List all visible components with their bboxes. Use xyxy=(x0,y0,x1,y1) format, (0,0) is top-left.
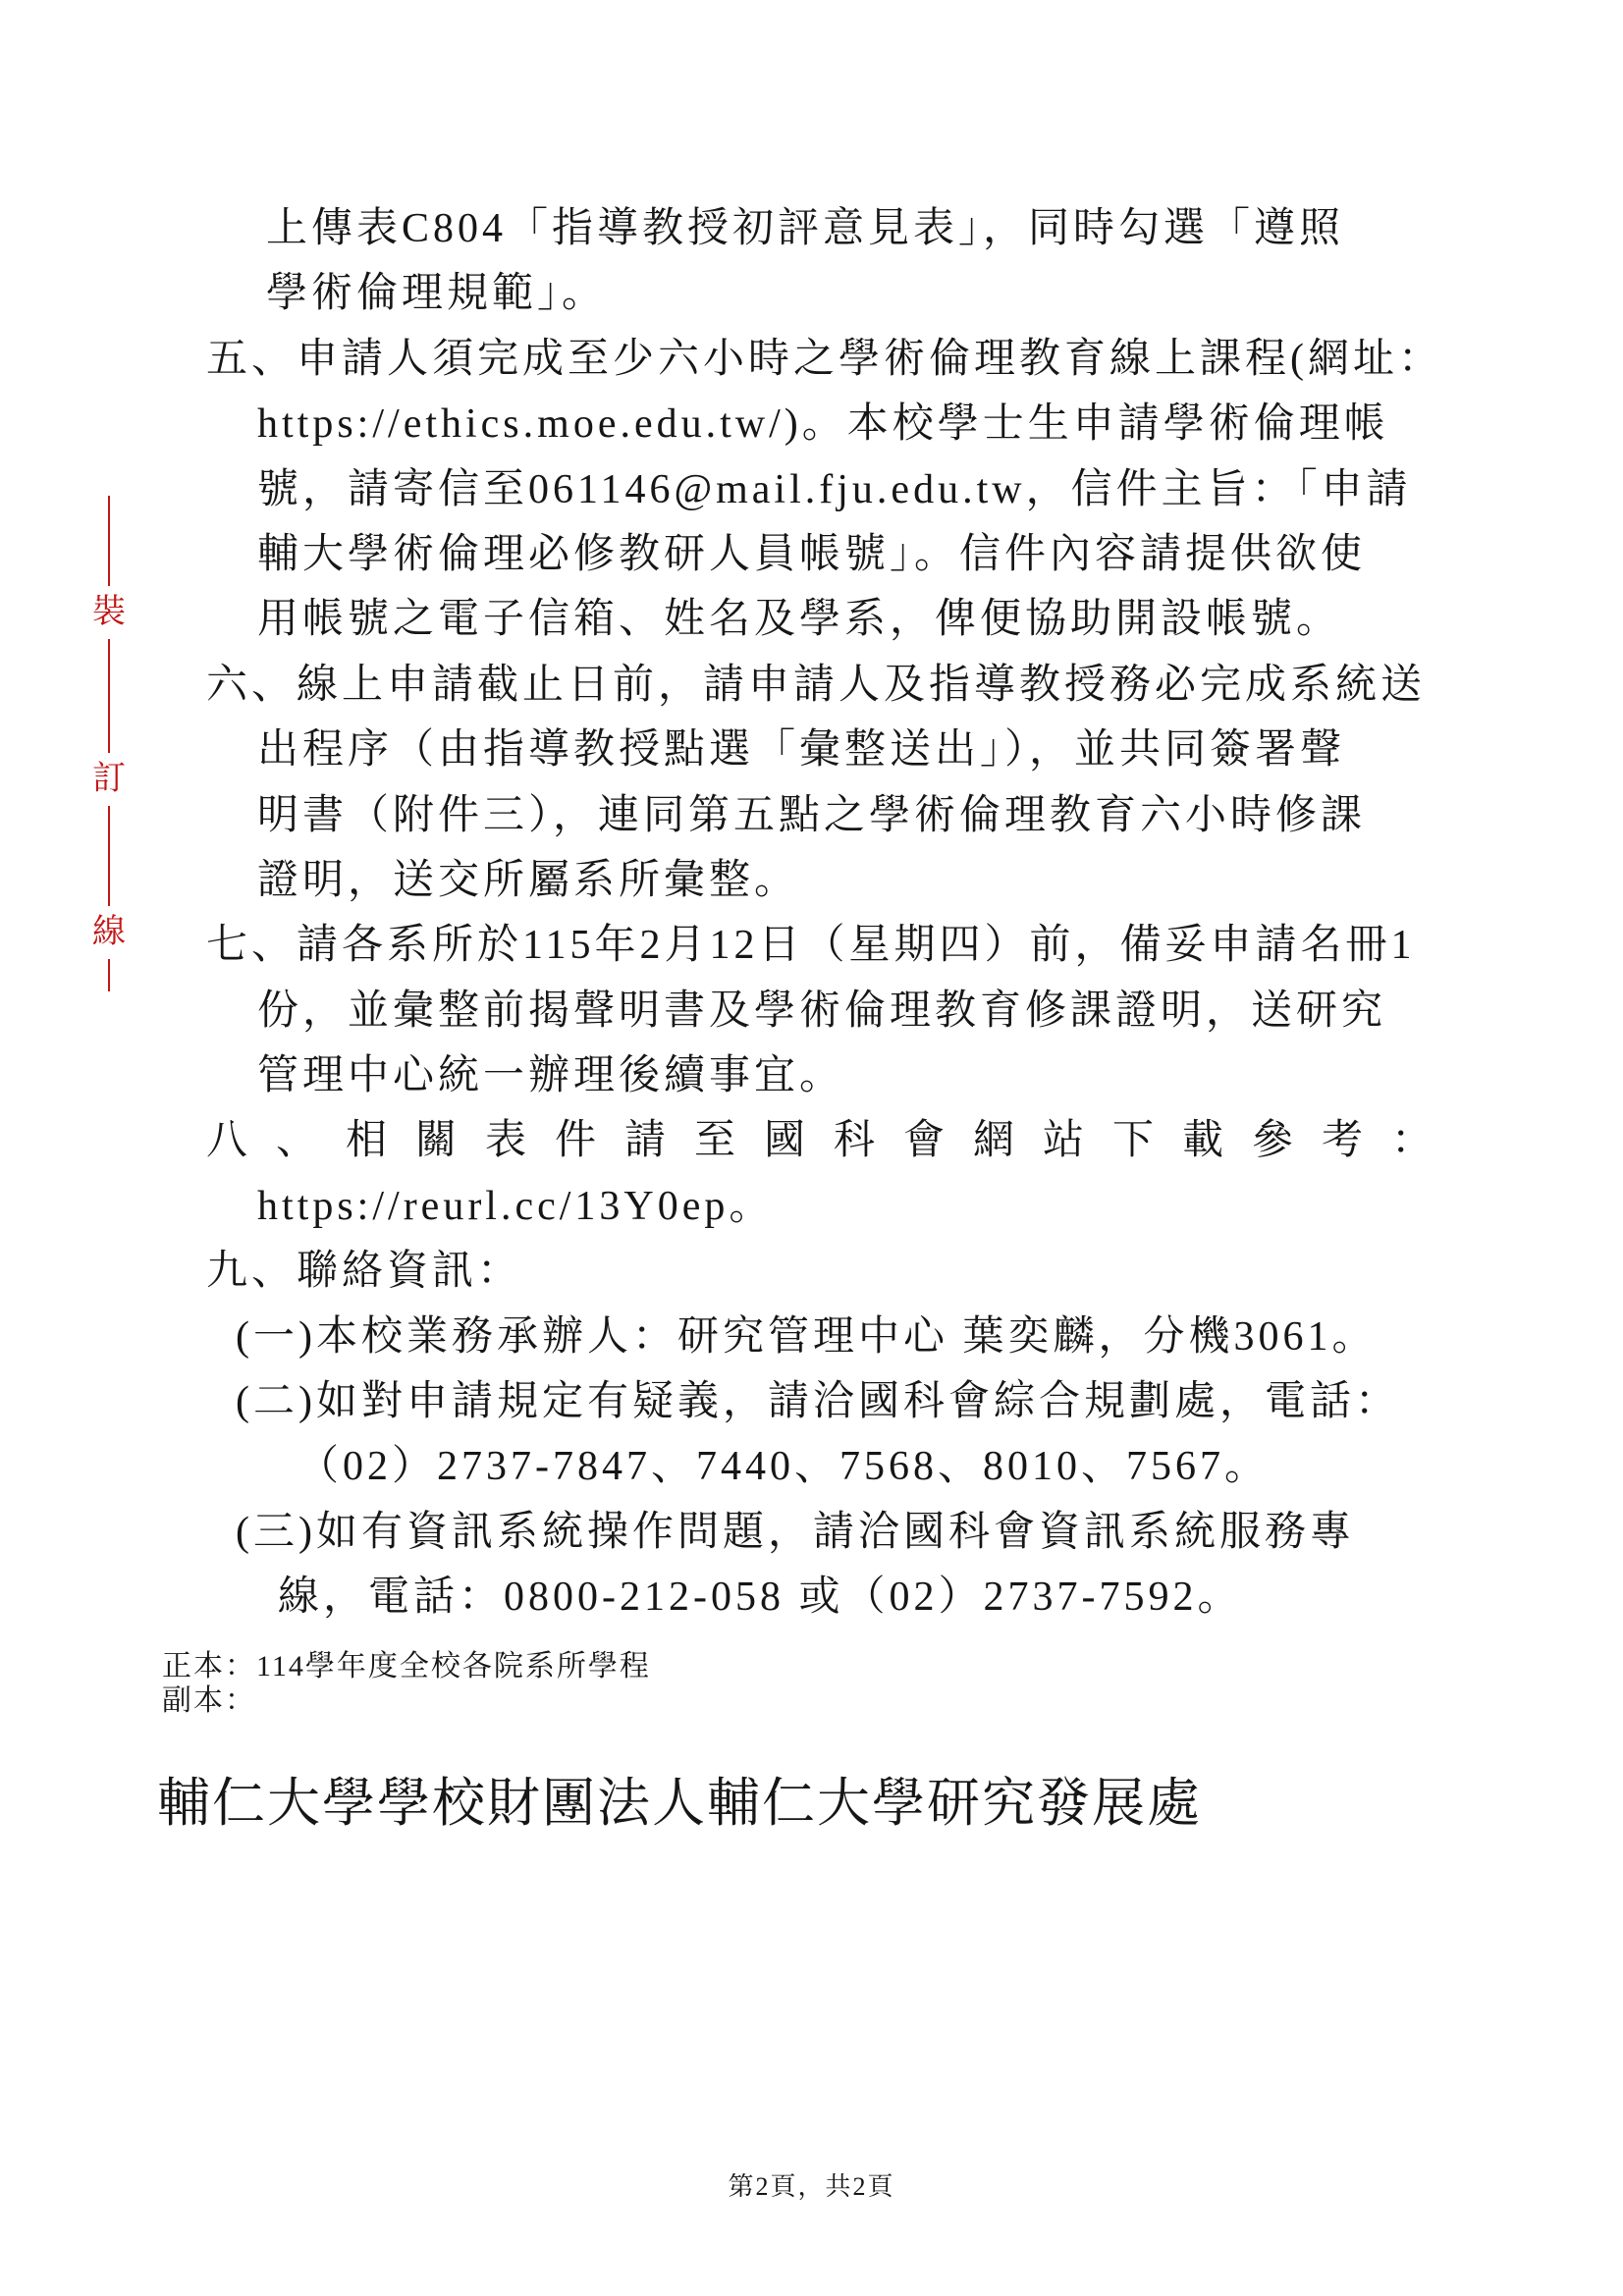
body-line: 明書（附件三），連同第五點之學術倫理教育六小時修課 xyxy=(206,783,1483,848)
body-line: 上傳表C804「指導教授初評意見表」，同時勾選「遵照 xyxy=(206,196,1483,261)
body-line-url-reurl: https://reurl.cc/13Y0ep。 xyxy=(206,1174,1483,1239)
issuer-title: 輔仁大學學校財團法人輔仁大學研究發展處 xyxy=(157,1773,1202,1834)
body-line-sub-1: (一)本校業務承辦人：研究管理中心 葉奕麟，分機3061。 xyxy=(206,1305,1483,1369)
body-line-sub-3: (三)如有資訊系統操作問題，請洽國科會資訊系統服務專 xyxy=(206,1500,1483,1565)
body-line: 管理中心統一辦理後續事宜。 xyxy=(206,1043,1483,1108)
distribution-original-line: 正本：114學年度全校各院系所學程 xyxy=(162,1649,651,1683)
body-line: 份，並彙整前揭聲明書及學術倫理教育修課證明，送研究 xyxy=(206,979,1483,1043)
body-line: 證明，送交所屬系所彙整。 xyxy=(206,848,1483,913)
binding-strip: 裝 訂 線 xyxy=(92,496,126,991)
body-line: 用帳號之電子信箱、姓名及學系，俾便協助開設帳號。 xyxy=(206,587,1483,652)
body-line-phone-list: （02）2737-7847、7440、7568、8010、7567。 xyxy=(206,1434,1483,1499)
body-line-url-ethics: https://ethics.moe.edu.tw/)。本校學士生申請學術倫理帳 xyxy=(206,392,1483,456)
binding-char-ding: 訂 xyxy=(92,753,126,806)
body-line: 出程序（由指導教授點選「彙整送出」），並共同簽署聲 xyxy=(206,718,1483,782)
body-line-item-9: 九、聯絡資訊： xyxy=(206,1239,1483,1304)
body-line: 號，請寄信至061146@mail.fju.edu.tw，信件主旨：「申請 xyxy=(206,457,1483,522)
body-line-item-8: 八、相關表件請至國科會網站下載參考： xyxy=(206,1108,1483,1173)
body-line-item-5: 五、申請人須完成至少六小時之學術倫理教育線上課程(網址： xyxy=(206,327,1483,392)
binding-char-zhuang: 裝 xyxy=(92,586,126,639)
body-line-item-6: 六、線上申請截止日前，請申請人及指導教授務必完成系統送 xyxy=(206,653,1483,718)
binding-char-xian: 線 xyxy=(92,906,126,959)
body-text-block: 上傳表C804「指導教授初評意見表」，同時勾選「遵照 學術倫理規範」。 五、申請… xyxy=(206,196,1483,1630)
body-line-sub-2: (二)如對申請規定有疑義，請洽國科會綜合規劃處，電話： xyxy=(206,1369,1483,1434)
page-footer: 第2頁，共2頁 xyxy=(0,2171,1623,2203)
body-line: 輔大學術倫理必修教研人員帳號」。信件內容請提供欲使 xyxy=(206,522,1483,587)
document-page: 裝 訂 線 上傳表C804「指導教授初評意見表」，同時勾選「遵照 學術倫理規範」… xyxy=(0,0,1623,2296)
body-line: 學術倫理規範」。 xyxy=(206,261,1483,326)
distribution-copy-line: 副本： xyxy=(162,1683,256,1718)
body-line-hotline: 線，電話：0800-212-058 或（02）2737-7592。 xyxy=(206,1565,1483,1629)
body-line-item-7: 七、請各系所於115年2月12日（星期四）前，備妥申請名冊1 xyxy=(206,913,1483,978)
